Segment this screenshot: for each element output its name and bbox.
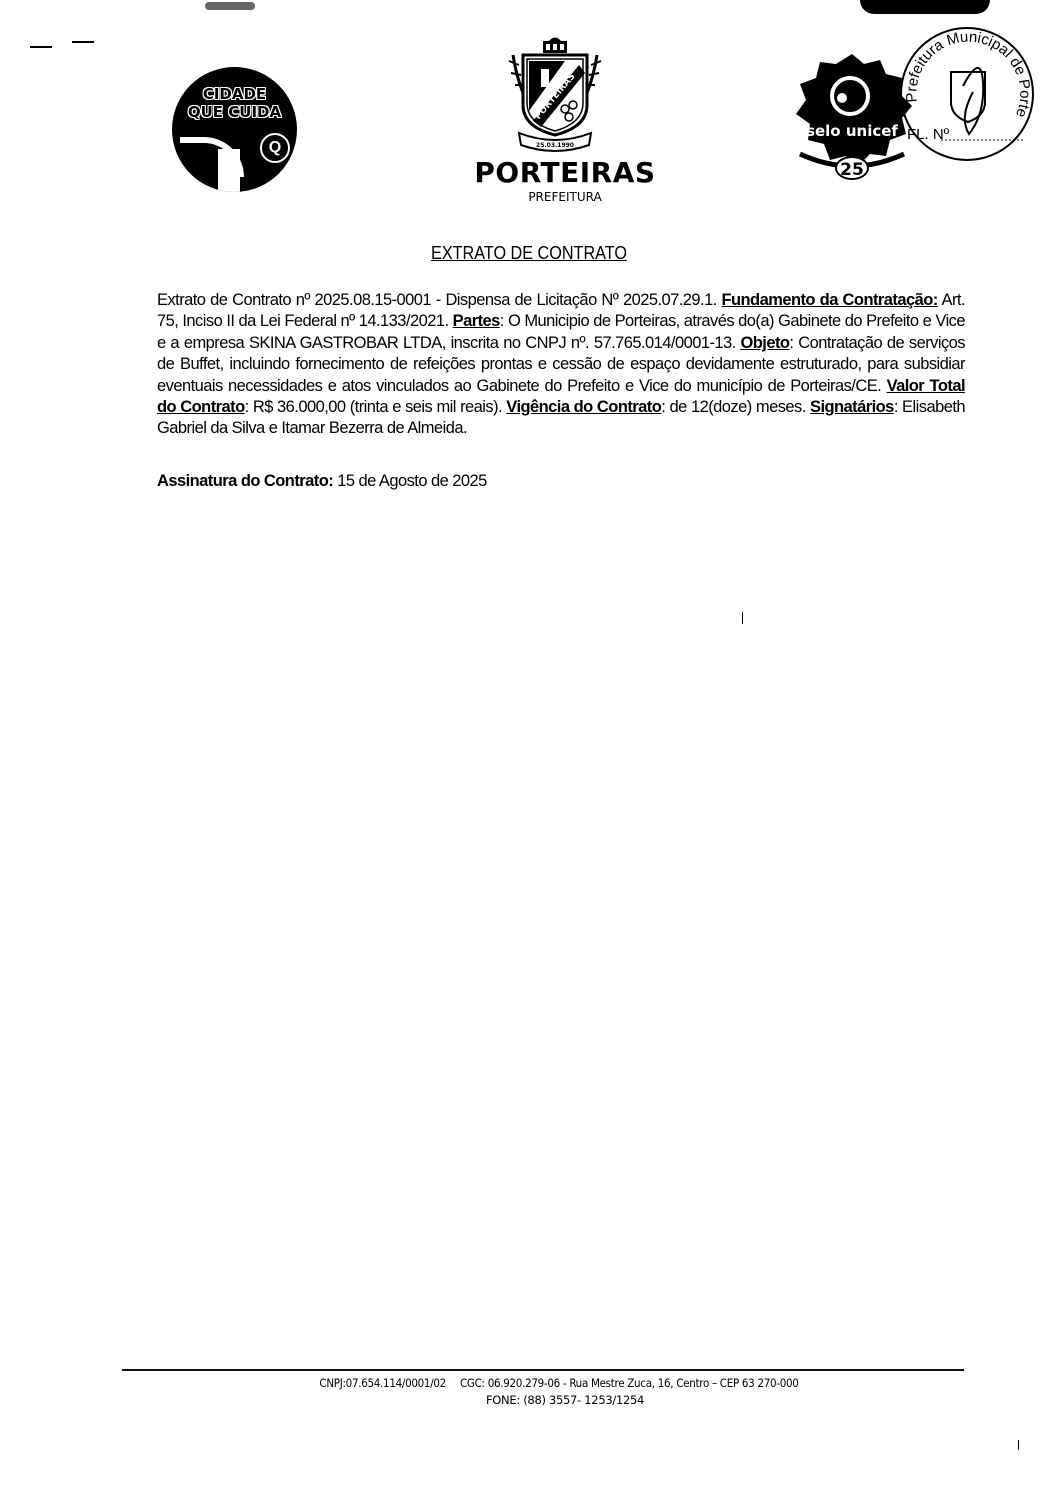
scan-artifact — [205, 2, 255, 10]
document-page: CIDADE QUE CUIDA Q PORTEIRAS 25.03.1990 — [0, 0, 1058, 1492]
svg-text:25.03.1990: 25.03.1990 — [536, 142, 574, 149]
field-label: Objeto — [740, 334, 789, 352]
footer-address: CGC: 06.920.279-06 - Rua Mestre Zuca, 16… — [460, 1376, 799, 1390]
brand-block: PORTEIRAS PREFEITURA — [440, 158, 690, 205]
logo-text-line1: CIDADE — [172, 85, 297, 103]
folio-number-label: FL. Nº — [907, 126, 949, 143]
scan-artifact — [1018, 1440, 1019, 1450]
field-text: : de 12(doze) meses. — [661, 398, 810, 416]
field-label: Signatários — [810, 398, 894, 416]
svg-text:selo unicef: selo unicef — [806, 122, 898, 140]
signature-label: Assinatura do Contrato: — [157, 472, 333, 490]
logo-stem-icon — [218, 149, 240, 192]
footer-registration-line: CNPJ:07.654.114/0001/02CGC: 06.920.279-0… — [30, 1376, 1058, 1390]
logo-badge-icon: Q — [260, 133, 290, 163]
field-label: Vigência do Contrato — [506, 398, 661, 416]
signature-date-line: Assinatura do Contrato: 15 de Agosto de … — [157, 472, 487, 491]
field-text: Extrato de Contrato nº 2025.08.15-0001 -… — [157, 291, 721, 309]
footer-divider — [122, 1369, 964, 1371]
footer-phone: FONE: (88) 3557- 1253/1254 — [36, 1393, 1058, 1407]
brand-subtitle: PREFEITURA — [440, 189, 690, 205]
field-label: Fundamento da Contratação: — [721, 291, 937, 309]
signature-date: 15 de Agosto de 2025 — [333, 472, 487, 490]
scan-artifact — [72, 41, 94, 43]
scan-artifact — [30, 46, 52, 48]
scan-artifact — [742, 612, 743, 624]
svg-text:25: 25 — [840, 160, 864, 180]
field-label: Partes — [453, 312, 500, 330]
porteiras-coat-of-arms-icon: PORTEIRAS 25.03.1990 — [505, 35, 605, 155]
document-title: EXTRATO DE CONTRATO — [53, 243, 1005, 264]
contract-extract-paragraph: Extrato de Contrato nº 2025.08.15-0001 -… — [157, 290, 965, 440]
field-text: : R$ 36.000,00 (trinta e seis mil reais)… — [245, 398, 507, 416]
footer-cnpj: CNPJ:07.654.114/0001/02 — [319, 1376, 446, 1390]
svg-text:Prefeitura Municipal de Portei: Prefeitura Municipal de Porteiras — [895, 22, 1033, 120]
brand-name: PORTEIRAS — [440, 158, 690, 188]
logo-text-line2: QUE CUIDA — [172, 103, 297, 121]
scan-artifact — [860, 0, 990, 14]
cidade-que-cuida-logo: CIDADE QUE CUIDA Q — [172, 67, 297, 192]
